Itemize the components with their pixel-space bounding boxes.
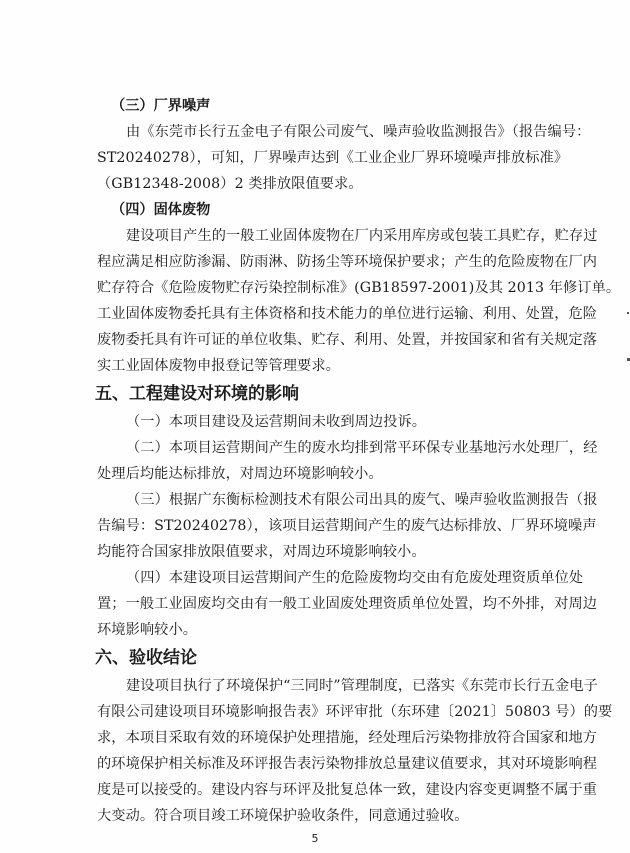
paragraph-line: 工业固体废物委托具有主体资格和技术能力的单位进行运输、利用、处置，危险	[97, 301, 567, 327]
paragraph-line: 处理后均能达标排放，对周边环境影响较小。	[97, 461, 567, 487]
paragraph-line: 程应满足相应防渗漏、防雨淋、防扬尘等环境保护要求；产生的危险废物在厂内	[97, 249, 567, 275]
paragraph-line: 大变动。符合项目竣工环境保护验收条件，同意通过验收。	[97, 803, 567, 829]
paragraph-line: （四）本建设项目运营期间产生的危险废物均交由有危废处理资质单位处	[97, 565, 567, 591]
section-heading-impact: 五、工程建设对环境的影响	[95, 379, 567, 409]
paragraph-line: 建设项目执行了环境保护“三同时”管理制度，已落实《东莞市长行五金电子	[97, 673, 567, 699]
paragraph-line: （三）根据广东衡标检测技术有限公司出具的废气、噪声验收监测报告（报	[97, 487, 567, 513]
paragraph-line: 求，本项目采取有效的环境保护处理措施，经处理后污染物排放符合国家和地方	[97, 725, 567, 751]
paragraph-line: 置；一般工业固废均交由有一般工业固废处理资质单位处置，均不外排，对周边	[97, 591, 567, 617]
document-page: （三）厂界噪声 由《东莞市长行五金电子有限公司废气、噪声验收监测报告》（报告编号…	[0, 0, 630, 853]
paragraph-line: 建设项目产生的一般工业固体废物在厂内采用库房或包装工具贮存，贮存过	[97, 223, 567, 249]
paragraph-line: 均能符合国家排放限值要求，对周边环境影响较小。	[97, 539, 567, 565]
subsection-heading-noise: （三）厂界噪声	[97, 93, 567, 119]
paragraph-line: 环境影响较小。	[97, 617, 567, 643]
paragraph-line: ST20240278），可知，厂界噪声达到《工业企业厂界环境噪声排放标准》	[97, 145, 567, 171]
scan-artifact	[627, 312, 629, 314]
page-number: 5	[0, 832, 630, 845]
paragraph-line: 有限公司建设项目环境影响报告表》环评审批（东环建〔2021〕50803 号）的要	[97, 699, 567, 725]
paragraph-line: 实工业固体废物申报登记等管理要求。	[97, 353, 567, 379]
paragraph-line: 告编号：ST20240278），该项目运营期间产生的废气达标排放、厂界环境噪声	[97, 513, 567, 539]
paragraph-line: 的环境保护相关标准及环评报告表污染物排放总量建议值要求，其对环境影响程	[97, 751, 567, 777]
section-heading-conclusion: 六、验收结论	[95, 643, 567, 673]
paragraph-line: 废物委托具有许可证的单位收集、贮存、利用、处置，并按国家和省有关规定落	[97, 327, 567, 353]
paragraph-line: 贮存符合《危险废物贮存污染控制标准》(GB18597-2001)及其 2013 …	[97, 275, 567, 301]
page-content: （三）厂界噪声 由《东莞市长行五金电子有限公司废气、噪声验收监测报告》（报告编号…	[97, 93, 567, 829]
paragraph-line: 度是可以接受的。建设内容与环评及批复总体一致，建设内容变更调整不属于重	[97, 777, 567, 803]
paragraph-line: （二）本项目运营期间产生的废水均排到常平环保专业基地污水处理厂，经	[97, 435, 567, 461]
paragraph-line: （GB12348-2008）2 类排放限值要求。	[97, 171, 567, 197]
subsection-heading-solid-waste: （四）固体废物	[97, 197, 567, 223]
paragraph-line: 由《东莞市长行五金电子有限公司废气、噪声验收监测报告》（报告编号：	[97, 119, 567, 145]
paragraph-line: （一）本项目建设及运营期间未收到周边投诉。	[97, 409, 567, 435]
